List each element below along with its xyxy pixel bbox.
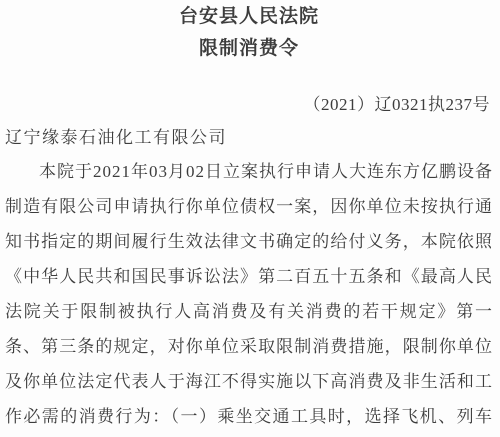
body-line: 《中华人民共和国民事诉讼法》第二百五十五条和《最高人民	[5, 259, 493, 294]
recipient-company-name: 辽宁缘泰石油化工有限公司	[5, 128, 493, 148]
body-line: 知书指定的期间履行生效法律文书确定的给付义务，本院依照	[5, 224, 493, 259]
body-line: 本院于2021年03月02日立案执行申请人大连东方亿鹏设备	[5, 154, 493, 189]
body-line: 作必需的消费行为：（一）乘坐交通工具时，选择飞机、列车	[5, 399, 493, 434]
court-name: 台安县人民法院	[5, 7, 493, 27]
body-line: 制造有限公司申请执行你单位债权一案，因你单位未按执行通	[5, 189, 493, 224]
document-title: 限制消费令	[5, 39, 493, 59]
court-document: 台安县人民法院 限制消费令 （2021）辽0321执237号 辽宁缘泰石油化工有…	[0, 0, 500, 437]
body-line: 及你单位法定代表人于海江不得实施以下高消费及非生活和工	[5, 364, 493, 399]
case-number: （2021）辽0321执237号	[5, 95, 490, 115]
document-body: 本院于2021年03月02日立案执行申请人大连东方亿鹏设备 制造有限公司申请执行…	[5, 154, 493, 434]
body-line: 法院关于限制被执行人高消费及有关消费的若干规定》第一	[5, 294, 493, 329]
body-line: 条、第三条的规定，对你单位采取限制消费措施，限制你单位	[5, 329, 493, 364]
